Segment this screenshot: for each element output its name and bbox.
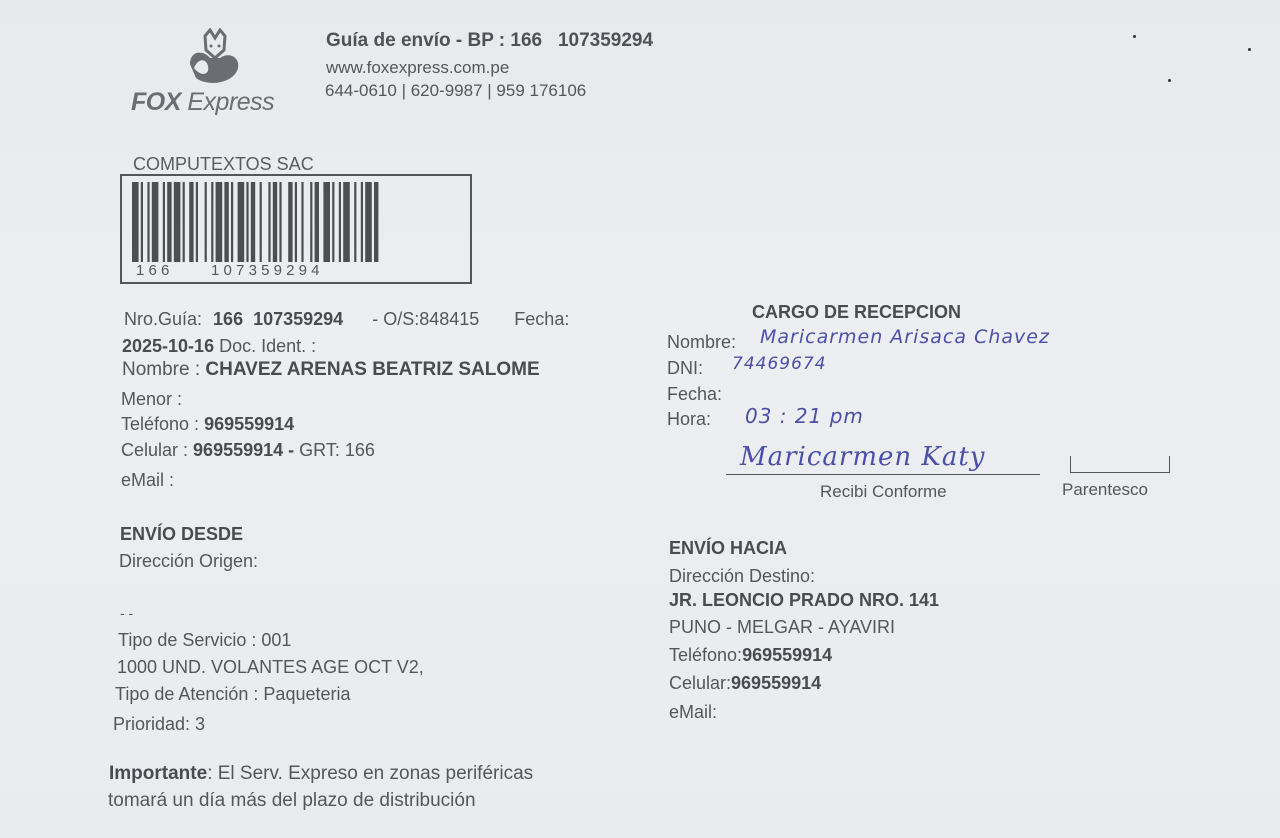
sender-email-label: eMail :	[121, 470, 174, 491]
important-text-line2: tomará un día más del plazo de distribuc…	[108, 790, 476, 812]
receiver-name-label: Nombre:	[667, 332, 736, 353]
hour-handwritten: 03 : 21 pm	[745, 404, 864, 428]
destination-cell-value: 969559914	[731, 673, 821, 693]
destination-phone-row: Teléfono:969559914	[669, 645, 832, 666]
website-link: www.foxexpress.com.pe	[326, 58, 509, 78]
sender-name-row: Nombre : CHAVEZ ARENAS BEATRIZ SALOME	[122, 359, 540, 381]
barcode-icon	[132, 182, 462, 262]
barcode-digits: 1 6 6 1 0 7 3 5 9 2 9 4	[136, 262, 319, 279]
guide-number-row: Nro.Guía: 166 107359294 - O/S:848415 Fec…	[124, 309, 569, 330]
destination-phone-value: 969559914	[742, 645, 832, 665]
origin-address-empty: - -	[120, 605, 133, 621]
destination-phone-label: Teléfono:	[669, 645, 742, 665]
sender-phone-row: Teléfono : 969559914	[121, 414, 294, 435]
contact-phones: 644-0610 | 620-9987 | 959 176106	[325, 81, 586, 101]
signature: Maricarmen Katy	[740, 442, 985, 472]
order-number: - O/S:848415	[372, 309, 479, 329]
paper-speck	[1168, 79, 1171, 82]
dni-handwritten: 74469674	[732, 354, 827, 374]
destination-cell-label: Celular:	[669, 673, 731, 693]
paper-speck	[1133, 35, 1136, 38]
logo-brand: FOX	[131, 88, 181, 116]
date-doc-row: 2025-10-16 Doc. Ident. :	[122, 336, 316, 357]
service-type: Tipo de Servicio : 001	[118, 630, 291, 651]
guide-title: Guía de envío - BP : 166 107359294	[326, 30, 653, 52]
destination-email-label: eMail:	[669, 702, 717, 723]
fox-express-logo: FOX Express	[128, 28, 308, 120]
sender-cell-value: 969559914 -	[193, 440, 294, 460]
grt-value: GRT: 166	[299, 440, 375, 460]
destination-address: JR. LEONCIO PRADO NRO. 141	[669, 590, 939, 611]
important-note: Importante: El Serv. Expreso en zonas pe…	[109, 763, 533, 785]
sender-cell-row: Celular : 969559914 - GRT: 166	[121, 440, 375, 461]
parentesco-label: Parentesco	[1062, 480, 1148, 500]
attention-type: Tipo de Atención : Paqueteria	[115, 684, 351, 705]
important-text-line1: : El Serv. Expreso en zonas periféricas	[207, 763, 533, 784]
origin-title: ENVÍO DESDE	[120, 524, 243, 545]
guide-number-value: 166 107359294	[213, 309, 343, 329]
date-value: 2025-10-16	[122, 336, 214, 356]
sender-phone-value: 969559914	[204, 414, 294, 434]
date-label: Fecha:	[514, 309, 569, 329]
paper-speck	[1248, 48, 1251, 51]
logo-suffix: Express	[187, 88, 274, 116]
package-contents: 1000 UND. VOLANTES AGE OCT V2,	[117, 657, 424, 678]
reception-date-label: Fecha:	[667, 384, 722, 405]
guide-number-label: Nro.Guía:	[124, 309, 202, 329]
signature-line	[726, 474, 1040, 475]
recibi-conforme-label: Recibi Conforme	[820, 482, 947, 502]
important-label: Importante	[109, 763, 207, 784]
sender-cell-label: Celular :	[121, 440, 188, 460]
parentesco-field	[1070, 456, 1170, 473]
hour-label: Hora:	[667, 409, 711, 430]
destination-cell-row: Celular:969559914	[669, 673, 821, 694]
destination-address-label: Dirección Destino:	[669, 566, 815, 587]
doc-ident-label: Doc. Ident. :	[219, 336, 316, 356]
reception-title: CARGO DE RECEPCION	[752, 302, 961, 323]
dni-label: DNI:	[667, 358, 703, 379]
priority: Prioridad: 3	[113, 714, 205, 735]
shipping-guide-document: FOX Express Guía de envío - BP : 166 107…	[0, 0, 1280, 838]
sender-phone-label: Teléfono :	[121, 414, 199, 434]
barcode-box: 1 6 6 1 0 7 3 5 9 2 9 4	[120, 174, 472, 284]
sender-name-label: Nombre :	[122, 359, 200, 380]
sender-name-value: CHAVEZ ARENAS BEATRIZ SALOME	[205, 359, 539, 380]
destination-location: PUNO - MELGAR - AYAVIRI	[669, 617, 895, 638]
minor-label: Menor :	[121, 389, 182, 410]
origin-address-label: Dirección Origen:	[119, 551, 258, 572]
destination-title: ENVÍO HACIA	[669, 538, 787, 559]
company-name: COMPUTEXTOS SAC	[133, 154, 314, 175]
fox-icon	[180, 28, 250, 90]
receiver-name-handwritten: Maricarmen Arisaca Chavez	[760, 326, 1050, 348]
